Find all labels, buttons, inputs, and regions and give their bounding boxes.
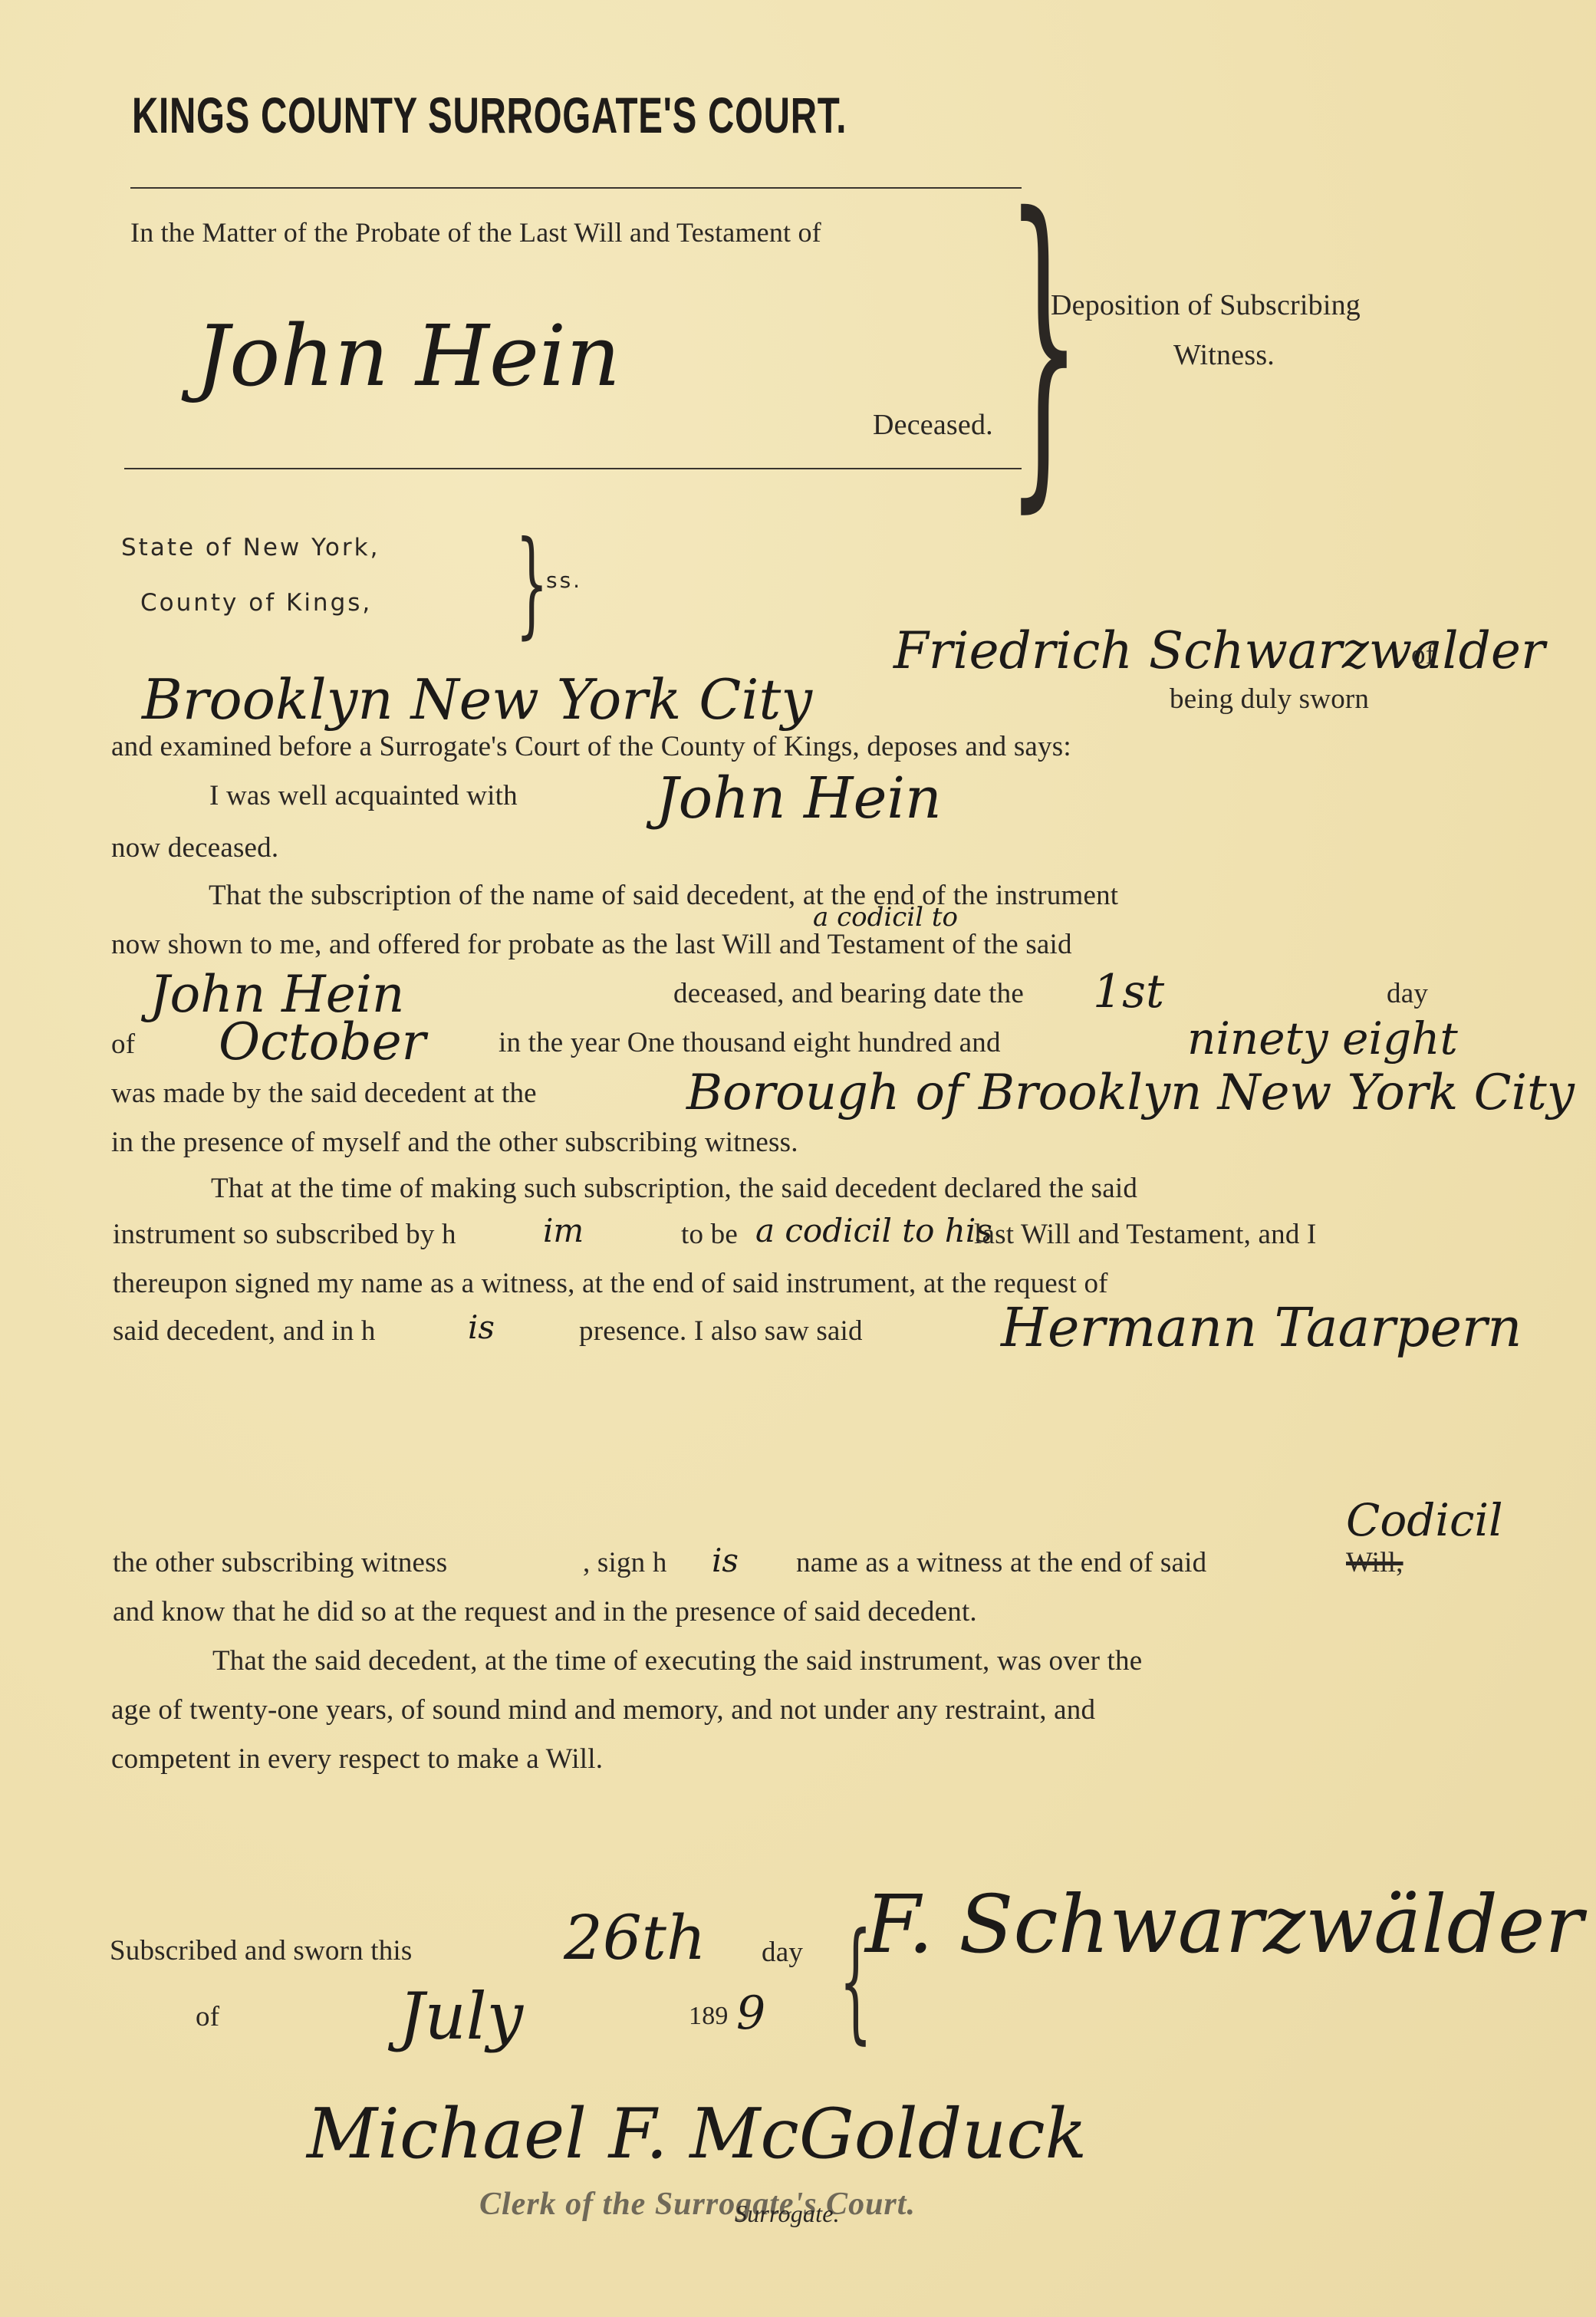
jurat-subscribed-text: Subscribed and sworn this [110, 1934, 413, 1967]
p3-line1a: the other subscribing witness [113, 1546, 447, 1579]
p1-line2: now shown to me, and offered for probate… [111, 928, 1072, 961]
p1-of: of [111, 1028, 135, 1061]
p1-line3: deceased, and bearing date the [673, 977, 1024, 1010]
venue-state: State of New York, [121, 534, 380, 561]
doc-type-line2: Witness. [1173, 338, 1275, 372]
caption-top-rule [130, 187, 1022, 189]
jurat-day-label: day [762, 1936, 803, 1969]
of-label: of [1411, 638, 1435, 671]
decedent-name-handwritten: John Hein [196, 307, 620, 405]
acquainted-text: I was well acquainted with [209, 779, 518, 812]
jurat-of-label: of [196, 2000, 219, 2033]
p1-place-text: was made by the said decedent at the [111, 1077, 537, 1110]
p3-line2: and know that he did so at the request a… [113, 1595, 977, 1628]
p1-date-day-handwritten: 1st [1093, 965, 1164, 1019]
p2-him-handwritten: im [543, 1212, 584, 1249]
p1-line-last: in the presence of myself and the other … [111, 1126, 798, 1159]
venue-ss: ss. [546, 568, 582, 593]
sworn-text: being duly sworn [1170, 683, 1369, 716]
witness-name-handwritten: Friedrich Schwarzwalder [893, 621, 1545, 680]
p2-line3: thereupon signed my name as a witness, a… [113, 1267, 1108, 1300]
p1-year-text: in the year One thousand eight hundred a… [499, 1026, 1001, 1059]
p3-line1b: , sign h [583, 1546, 667, 1579]
examined-line: and examined before a Surrogate's Court … [111, 730, 1071, 763]
p2-line4b: presence. I also saw said [579, 1315, 863, 1348]
venue-brace: } [515, 526, 548, 641]
p2-his-handwritten: is [468, 1308, 495, 1346]
p1-month-handwritten: October [219, 1012, 426, 1071]
residence-handwritten: Brooklyn New York City [142, 667, 812, 732]
p2-line4a: said decedent, and in h [113, 1315, 376, 1348]
p1-day-label: day [1387, 977, 1428, 1010]
p3-will-struck: Will, [1346, 1546, 1403, 1579]
doc-type-line1: Deposition of Subscribing [1051, 288, 1361, 322]
acquainted-name-handwritten: John Hein [656, 765, 942, 831]
p2-line2b: to be [681, 1218, 738, 1251]
court-title: KINGS COUNTY SURROGATE'S COURT. [132, 86, 847, 144]
p4-line1: That the said decedent, at the time of e… [212, 1644, 1142, 1677]
jurat-month-handwritten: July [399, 1979, 523, 2054]
jurat-year-handwritten: 9 [736, 1986, 765, 2040]
caption-brace: } [1006, 175, 1081, 512]
surrogate-print: Surrogate. [735, 2200, 840, 2228]
p3-his-handwritten: is [712, 1542, 739, 1579]
p1-place-handwritten: Borough of Brooklyn New York City [686, 1065, 1575, 1121]
p2-line2a: instrument so subscribed by h [113, 1218, 456, 1251]
other-witness-handwritten: Hermann Taarpern [1001, 1296, 1522, 1359]
venue-county: County of Kings, [140, 589, 372, 617]
p4-line3: competent in every respect to make a Wil… [111, 1743, 603, 1776]
jurat-day-handwritten: 26th [564, 1902, 706, 1973]
p2-line1: That at the time of making such subscrip… [211, 1172, 1137, 1205]
p1-year-handwritten: ninety eight [1187, 1012, 1458, 1065]
p3-line1c: name as a witness at the end of said [796, 1546, 1206, 1579]
matter-line: In the Matter of the Probate of the Last… [130, 216, 821, 248]
p2-codicil-handwritten: a codicil to his [755, 1212, 992, 1249]
p1-line1: That the subscription of the name of sai… [209, 879, 1118, 912]
p4-line2: age of twenty-one years, of sound mind a… [111, 1693, 1095, 1726]
jurat-year-printed: 189 [689, 2002, 729, 2031]
deceased-label: Deceased. [873, 408, 993, 442]
p3-codicil-handwritten: Codicil [1346, 1494, 1503, 1546]
clerk-signature: Michael F. McGolduck [307, 2094, 1087, 2174]
deponent-signature: F. Schwarzwälder [865, 1878, 1583, 1971]
clerk-stamp: Clerk of the Surrogate's Court. [479, 2186, 916, 2223]
p2-line2c: last Will and Testament, and I [974, 1218, 1317, 1251]
caption-bottom-rule [124, 468, 1022, 469]
now-deceased: now deceased. [111, 831, 278, 864]
